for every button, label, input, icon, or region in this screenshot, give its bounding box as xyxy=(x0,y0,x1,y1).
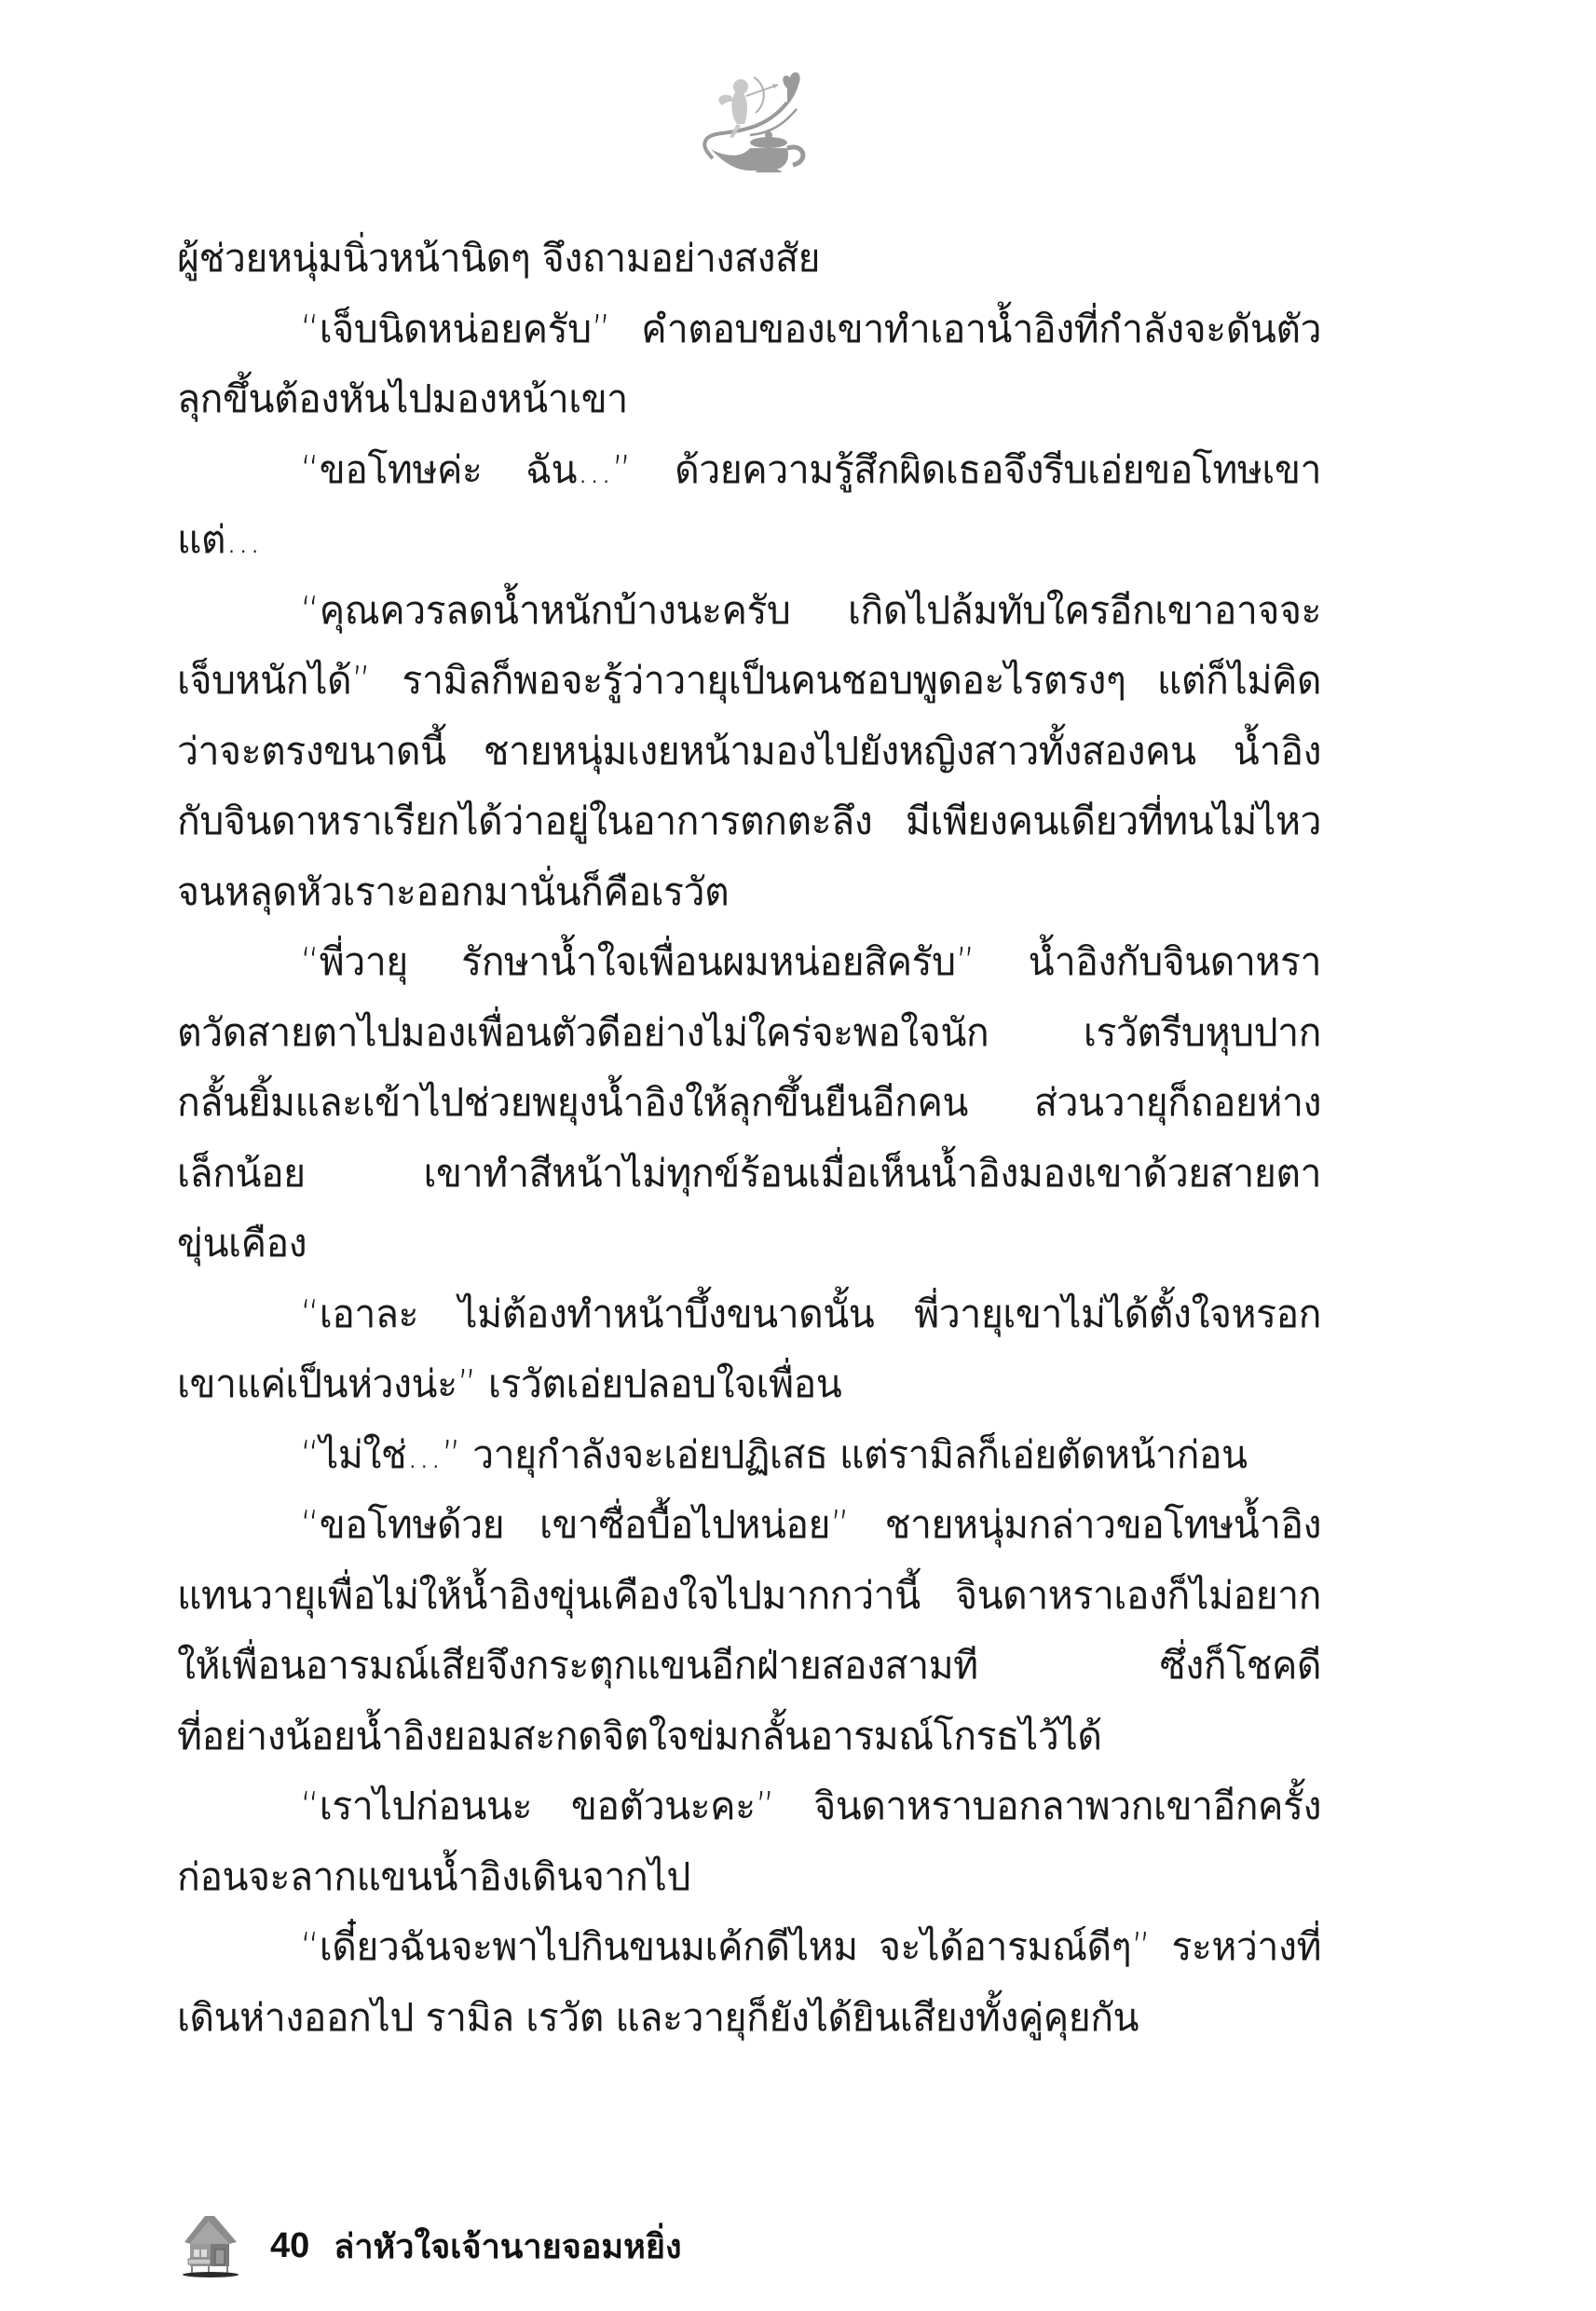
text-line: แต่... xyxy=(177,505,1321,576)
text-line: ขุ่นเคือง xyxy=(177,1209,1321,1279)
text-line: ที่อย่างน้อยน้ำอิงยอมสะกดจิตใจข่มกลั้นอา… xyxy=(177,1702,1321,1772)
paragraph-first-line: “เราไปก่อนนะ ขอตัวนะคะ” จินดาหราบอกลาพวก… xyxy=(177,1771,1321,1842)
text-line: ตวัดสายตาไปมองเพื่อนตัวดีอย่างไม่ใคร่จะพ… xyxy=(177,998,1321,1069)
text-line: เขาแค่เป็นห่วงน่ะ” เรวัตเอ่ยปลอบใจเพื่อน xyxy=(177,1349,1321,1420)
text-line: แทนวายุเพื่อไม่ให้น้ำอิงขุ่นเคืองใจไปมาก… xyxy=(177,1561,1321,1632)
paragraph-first-line: “ขอโทษด้วย เขาซื่อบื้อไปหน่อย” ชายหนุ่มก… xyxy=(177,1490,1321,1561)
text-line: กับจินดาหราเรียกได้ว่าอยู่ในอาการตกตะลึง… xyxy=(177,786,1321,857)
text-line: กลั้นยิ้มและเข้าไปช่วยพยุงน้ำอิงให้ลุกขึ… xyxy=(177,1068,1321,1139)
page-body-text: ผู้ช่วยหนุ่มนิ่วหน้านิดๆ จึงถามอย่างสงสั… xyxy=(177,224,1321,2053)
cupid-magic-lamp-icon xyxy=(694,51,815,172)
text-line: ก่อนจะลากแขนน้ำอิงเดินจากไป xyxy=(177,1842,1321,1913)
page-footer: 40 ล่าหัวใจเจ้านายจอมหยิ่ง xyxy=(177,2208,682,2283)
text-line: ให้เพื่อนอารมณ์เสียจึงกระตุกแขนอีกฝ่ายสอ… xyxy=(177,1631,1321,1702)
paragraph-first-line: “คุณควรลดน้ำหนักบ้างนะครับ เกิดไปล้มทับใ… xyxy=(177,576,1321,647)
text-line: เจ็บหนักได้” รามิลก็พอจะรู้ว่าวายุเป็นคน… xyxy=(177,646,1321,717)
text-line: เล็กน้อย เขาทำสีหน้าไม่ทุกข์ร้อนเมื่อเห็… xyxy=(177,1139,1321,1210)
text-line: ผู้ช่วยหนุ่มนิ่วหน้านิดๆ จึงถามอย่างสงสั… xyxy=(177,224,1321,294)
paragraph-first-line: “ขอโทษค่ะ ฉัน...” ด้วยความรู้สึกผิดเธอจึ… xyxy=(177,435,1321,506)
thai-house-icon xyxy=(177,2212,244,2279)
paragraph-first-line: “เดี๋ยวฉันจะพาไปกินขนมเค้กดีไหม จะได้อาร… xyxy=(177,1912,1321,1983)
text-line: ลุกขึ้นต้องหันไปมองหน้าเขา xyxy=(177,364,1321,435)
text-line: ว่าจะตรงขนาดนี้ ชายหนุ่มเงยหน้ามองไปยังห… xyxy=(177,717,1321,787)
page-number: 40 xyxy=(270,2226,309,2266)
text-line: เดินห่างออกไป รามิล เรวัต และวายุก็ยังได… xyxy=(177,1983,1321,2054)
paragraph-first-line: “เจ็บนิดหน่อยครับ” คำตอบของเขาทำเอาน้ำอิ… xyxy=(177,294,1321,365)
paragraph-first-line: “เอาละ ไม่ต้องทำหน้าบึ้งขนาดนั้น พี่วายุ… xyxy=(177,1279,1321,1350)
text-line: จนหลุดหัวเราะออกมานั่นก็คือเรวัต xyxy=(177,857,1321,928)
paragraph-first-line: “ไม่ใช่...” วายุกำลังจะเอ่ยปฏิเสธ แต่ราม… xyxy=(177,1420,1321,1491)
paragraph-first-line: “พี่วายุ รักษาน้ำใจเพื่อนผมหน่อยสิครับ” … xyxy=(177,927,1321,998)
book-title: ล่าหัวใจเจ้านายจอมหยิ่ง xyxy=(334,2220,681,2273)
